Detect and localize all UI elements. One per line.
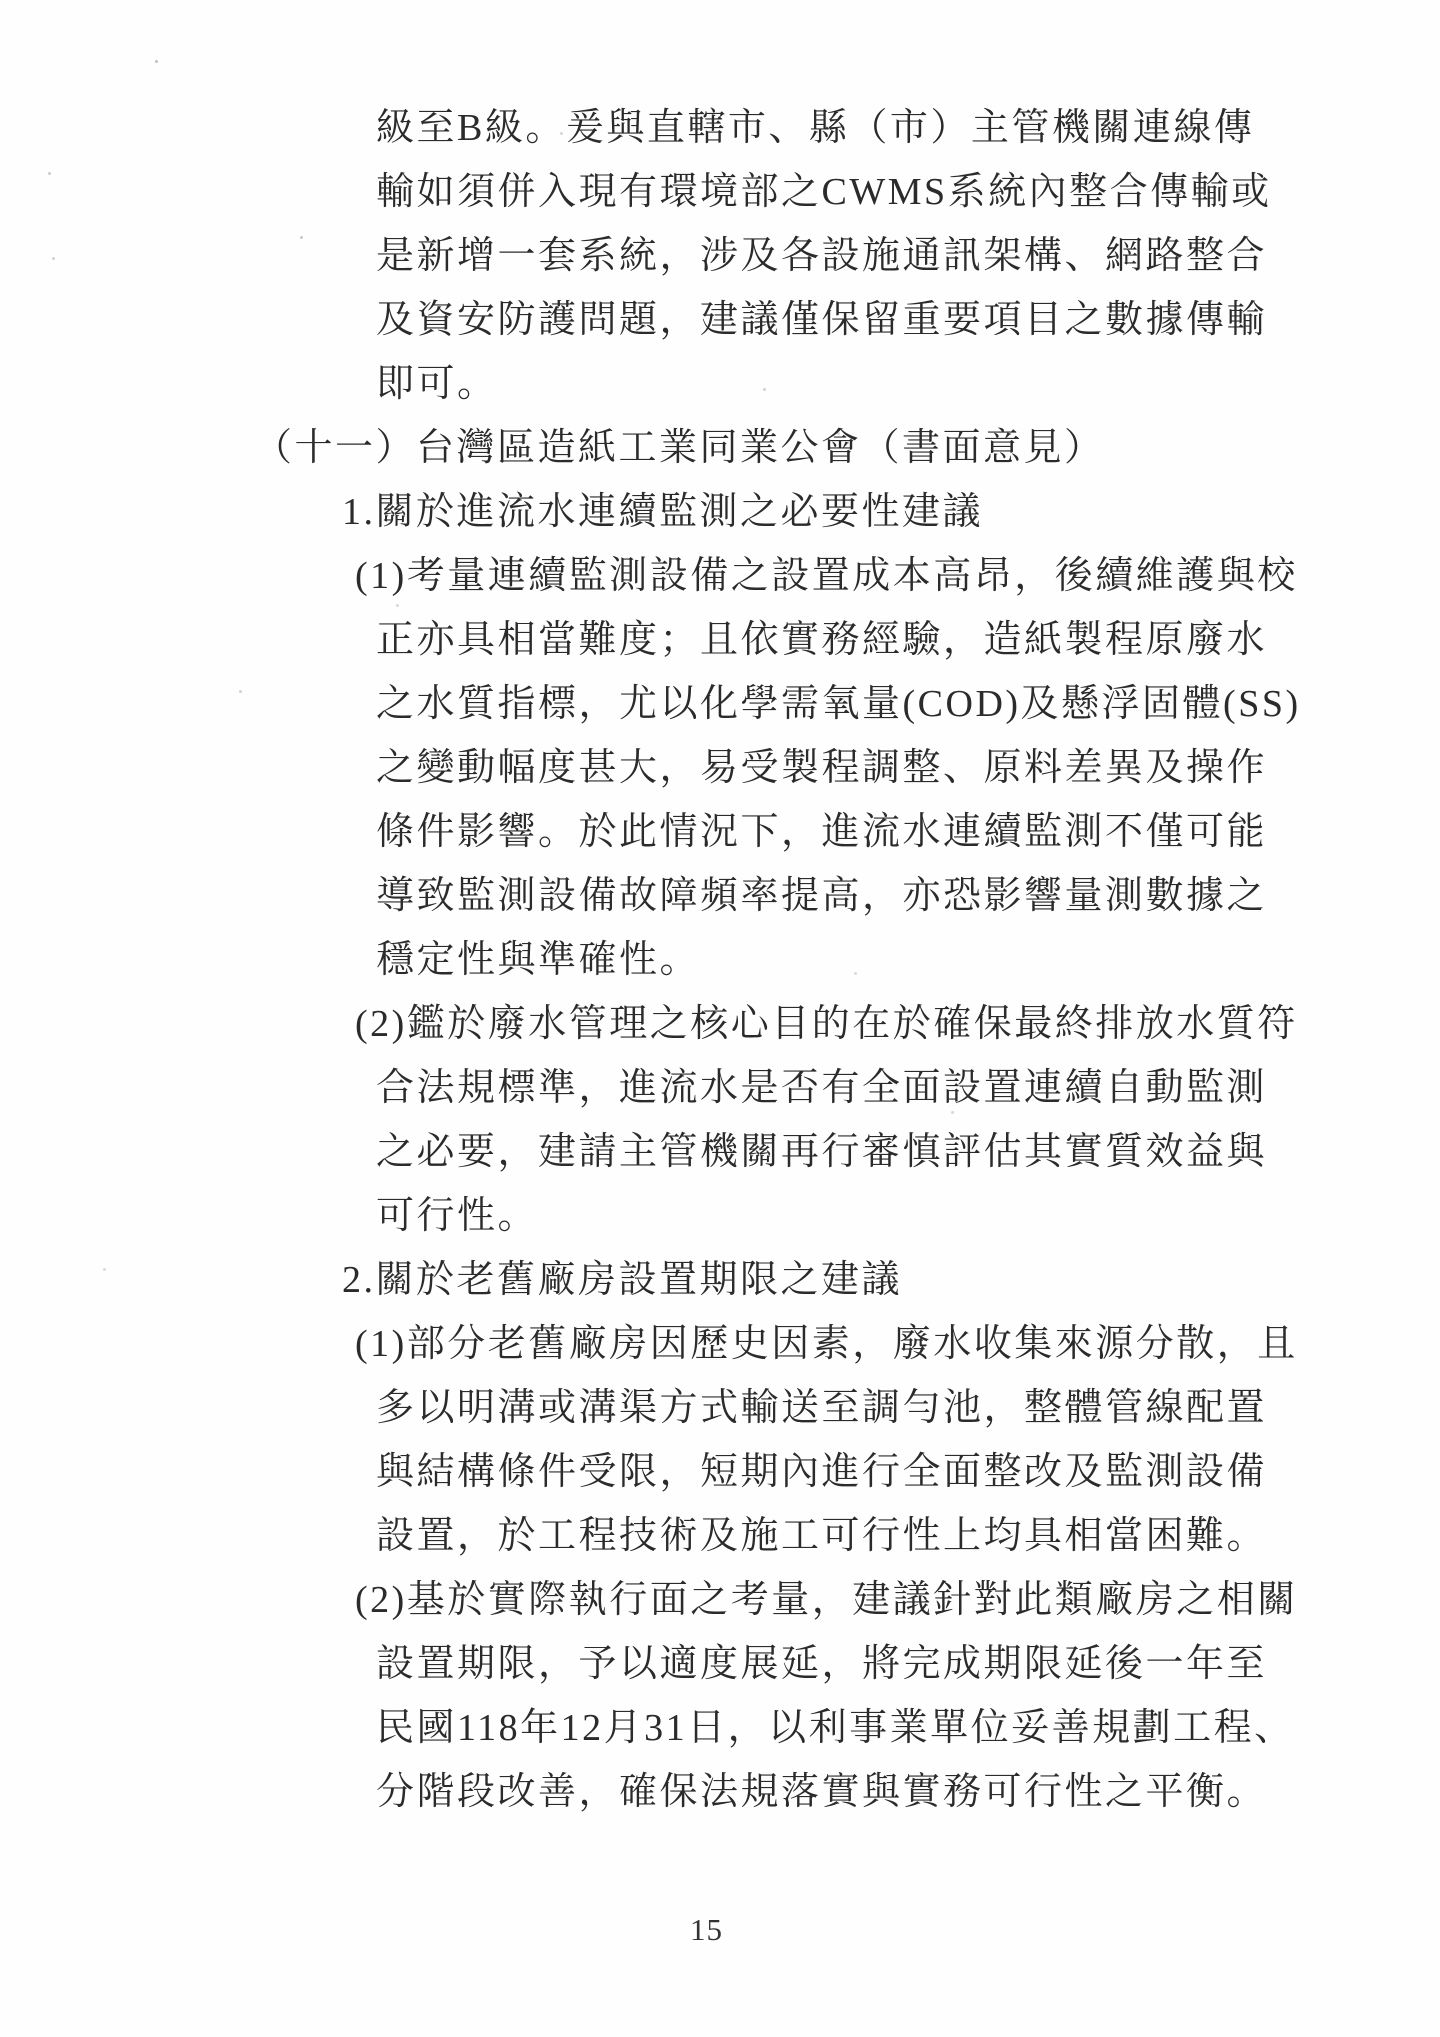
subsection-heading: 1.關於進流水連續監測之必要性建議 <box>0 480 1440 544</box>
text-line: 設置，於工程技術及施工可行性上均具相當困難。 <box>0 1504 1440 1568</box>
text-line: 條件影響。於此情況下，進流水連續監測不僅可能 <box>0 800 1440 864</box>
text-line: 之必要，建請主管機關再行審慎評估其實質效益與 <box>0 1120 1440 1184</box>
text-line: 合法規標準，進流水是否有全面設置連續自動監測 <box>0 1056 1440 1120</box>
text-line: 導致監測設備故障頻率提高，亦恐影響量測數據之 <box>0 864 1440 928</box>
text-line: 可行性。 <box>0 1184 1440 1248</box>
text-line: 及資安防護問題，建議僅保留重要項目之數據傳輸 <box>0 288 1440 352</box>
text-line: 正亦具相當難度；且依實務經驗，造紙製程原廢水 <box>0 608 1440 672</box>
text-line: 設置期限，予以適度展延，將完成期限延後一年至 <box>0 1632 1440 1696</box>
text-line: 與結構條件受限，短期內進行全面整改及監測設備 <box>0 1440 1440 1504</box>
text-line: 級至B級。爰與直轄市、縣（市）主管機關連線傳 <box>0 96 1440 160</box>
text-line: 之水質指標，尤以化學需氧量(COD)及懸浮固體(SS) <box>0 672 1440 736</box>
text-line: 分階段改善，確保法規落實與實務可行性之平衡。 <box>0 1760 1440 1824</box>
page-number: 15 <box>690 1912 723 1948</box>
text-line: 民國118年12月31日，以利事業單位妥善規劃工程、 <box>0 1696 1440 1760</box>
text-line: 多以明溝或溝渠方式輸送至調勻池，整體管線配置 <box>0 1376 1440 1440</box>
scan-noise-specks <box>0 0 3 3</box>
page-content: 級至B級。爰與直轄市、縣（市）主管機關連線傳 輸如須併入現有環境部之CWMS系統… <box>0 96 1440 1824</box>
document-page: 級至B級。爰與直轄市、縣（市）主管機關連線傳 輸如須併入現有環境部之CWMS系統… <box>0 0 1440 2037</box>
list-item-line: (2)基於實際執行面之考量，建議針對此類廠房之相關 <box>0 1568 1440 1632</box>
subsection-heading: 2.關於老舊廠房設置期限之建議 <box>0 1248 1440 1312</box>
text-line: 輸如須併入現有環境部之CWMS系統內整合傳輸或 <box>0 160 1440 224</box>
text-line: 之變動幅度甚大，易受製程調整、原料差異及操作 <box>0 736 1440 800</box>
text-line: 即可。 <box>0 352 1440 416</box>
text-line: 是新增一套系統，涉及各設施通訊架構、網路整合 <box>0 224 1440 288</box>
list-item-line: (1)部分老舊廠房因歷史因素，廢水收集來源分散，且 <box>0 1312 1440 1376</box>
section-heading: （十一）台灣區造紙工業同業公會（書面意見） <box>0 416 1440 480</box>
list-item-line: (1)考量連續監測設備之設置成本高昂，後續維護與校 <box>0 544 1440 608</box>
text-line: 穩定性與準確性。 <box>0 928 1440 992</box>
list-item-line: (2)鑑於廢水管理之核心目的在於確保最終排放水質符 <box>0 992 1440 1056</box>
